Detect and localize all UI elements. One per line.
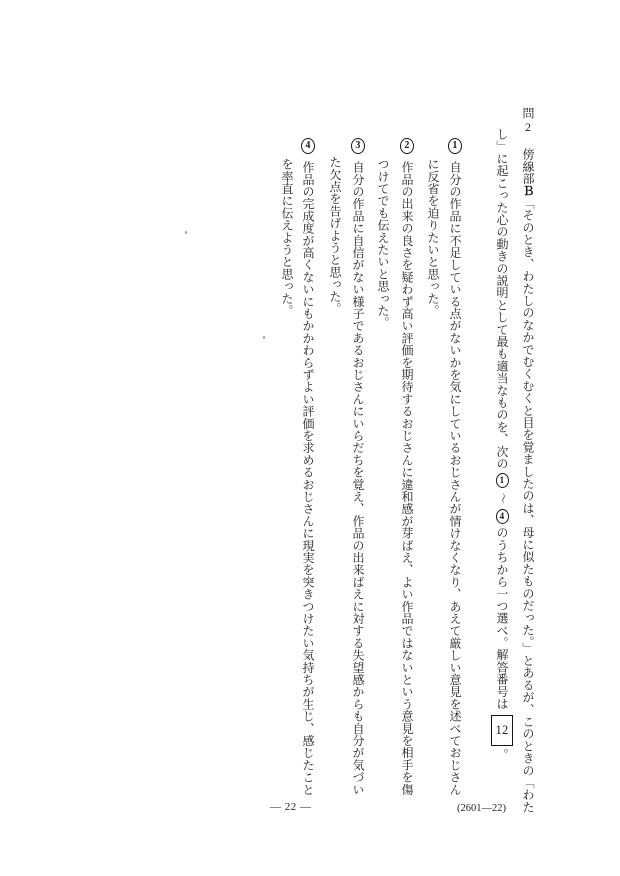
option-4-text-line1: 作品の完成度が高くないにもかかわらずよい評価を求めるおじさんに現実を突きつけたい… [301,161,315,795]
circled-number-1-ref-icon: 1 [496,473,509,488]
question-text-line2-after: のうちから一つ選べ。解答番号は [495,527,509,710]
page-number: ― 22 ― [270,801,312,813]
option-2-text-line2: つけてでも伝えたいと思った。 [376,158,390,329]
option-1-column-2: に反省を迫りたいと思った。 [421,158,445,317]
question-text-line2: し」に起こった心の動きの説明として最も適当なものを、次の [495,128,509,470]
question-period: 。 [495,749,509,761]
option-1-text-line1: 自分の作品に不足している点がないかを気にしているおじさんが情けなくなり、あえて厳… [448,161,462,795]
question-number-label: 問2 [516,107,540,135]
option-1-column-1: 1自分の作品に不足している点がないかを気にしているおじさんが情けなくなり、あえて… [443,137,467,795]
question-text-pre: 傍線部 [521,148,535,185]
range-tilde: 〜 [496,491,509,505]
document-code: (2601―22) [457,803,506,814]
answer-number-box: 12 [491,715,513,746]
underline-marker-b: Ｂ [521,185,535,197]
option-1-text-line2: に反省を迫りたいと思った。 [426,158,440,317]
option-4-text-line2: を率直に伝えようと思った。 [280,158,294,317]
exam-page: 問2傍線部Ｂ「そのとき、わたしのなかでむくむくと目を覚ましたのは、母に似たものだ… [0,0,620,876]
circled-number-2-icon: 2 [400,138,414,154]
scan-speck [185,231,187,234]
option-2-column-2: つけてでも伝えたいと思った。 [371,158,395,329]
option-3-column-2: た欠点を告げようと思った。 [323,156,347,315]
option-2-column-1: 2作品の出来の良さを疑わず高い評価を期待するおじさんに違和感が芽ばえ、よい作品で… [395,137,419,795]
question-column-2: し」に起こった心の動きの説明として最も適当なものを、次の1〜4のうちから一つ選べ… [490,128,514,761]
option-3-text-line1: 自分の作品に自信がない様子であるおじさんにいらだちを覚え、作品の出来ばえに対する… [351,161,365,795]
option-2-text-line1: 作品の出来の良さを疑わず高い評価を期待するおじさんに違和感が芽ばえ、よい作品では… [400,161,414,795]
circled-number-3-icon: 3 [351,138,365,154]
circled-number-4-icon: 4 [301,138,315,154]
option-3-text-line2: た欠点を告げようと思った。 [328,156,342,315]
option-4-column-1: 4作品の完成度が高くないにもかかわらずよい評価を求めるおじさんに現実を突きつけた… [296,137,320,795]
circled-number-1-icon: 1 [448,138,462,154]
option-3-column-1: 3自分の作品に自信がない様子であるおじさんにいらだちを覚え、作品の出来ばえに対す… [346,137,370,795]
scan-speck [263,336,265,339]
option-4-column-2: を率直に伝えようと思った。 [275,158,299,317]
circled-number-4-ref-icon: 4 [496,509,509,524]
question-column-1: 問2傍線部Ｂ「そのとき、わたしのなかでむくむくと目を覚ましたのは、母に似たものだ… [516,107,540,813]
question-text-line1: 「そのとき、わたしのなかでむくむくと目を覚ましたのは、母に似たものだった。」とあ… [521,197,535,813]
